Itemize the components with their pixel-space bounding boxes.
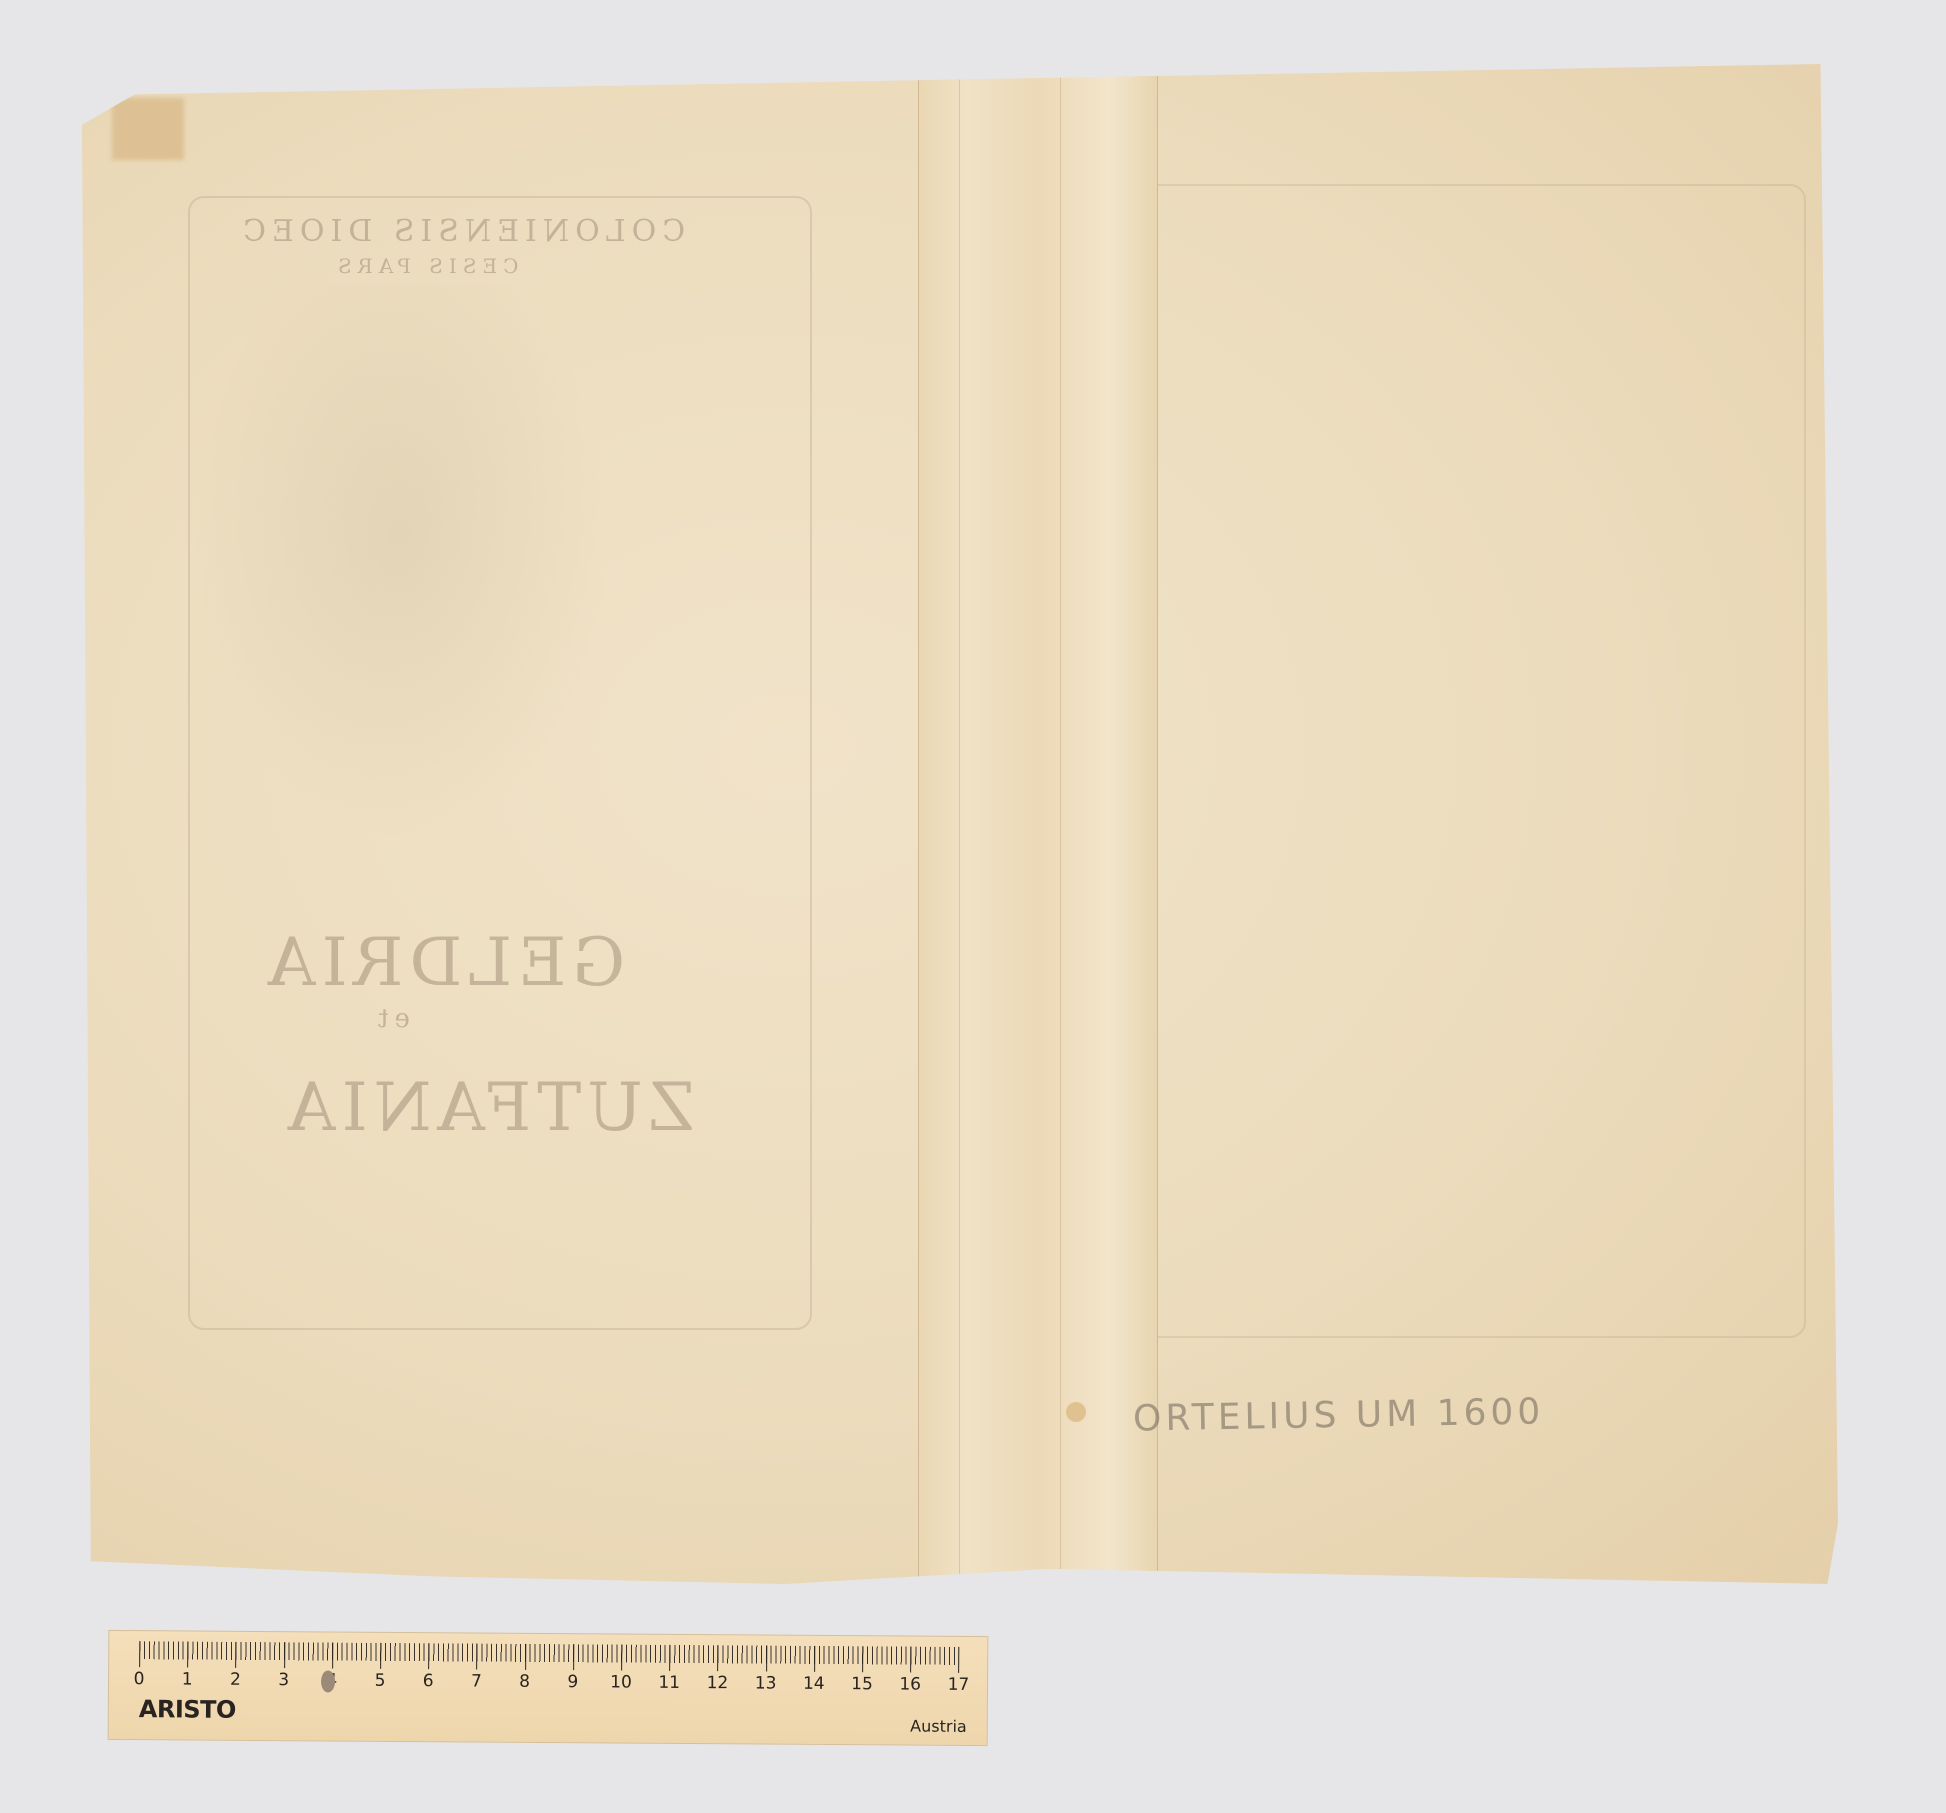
ruler-major-tick: [187, 1641, 188, 1667]
ruler-major-tick: [959, 1647, 960, 1673]
ruler: 01234567891011121314151617 ARISTO Austri…: [108, 1630, 989, 1746]
ruler-label: 1: [182, 1669, 193, 1689]
show-through-map: [192, 284, 612, 844]
ruler-major-tick: [477, 1644, 478, 1670]
ruler-major-tick: [525, 1644, 526, 1670]
ruler-ticks: [139, 1641, 959, 1687]
ruler-label: 5: [375, 1671, 386, 1691]
ruler-major-tick: [236, 1642, 237, 1668]
cartouche-subtitle: ZUTFANIA: [282, 1069, 695, 1146]
ruler-label: 8: [519, 1672, 530, 1692]
ruler-major-tick: [814, 1646, 815, 1672]
plate-mark-right: [1082, 184, 1806, 1338]
ruler-numbers: 01234567891011121314151617: [109, 1631, 987, 1637]
tape-stain: [112, 98, 184, 160]
ruler-label: 10: [610, 1672, 632, 1692]
ruler-major-tick: [862, 1646, 863, 1672]
ruler-major-tick: [380, 1643, 381, 1669]
ruler-label: 14: [803, 1674, 825, 1694]
ruler-major-tick: [284, 1642, 285, 1668]
ruler-major-tick: [428, 1643, 429, 1669]
ruler-label: 13: [755, 1673, 777, 1693]
ruler-brand: ARISTO: [139, 1695, 236, 1724]
ruler-label: 2: [230, 1670, 241, 1690]
ruler-major-tick: [332, 1642, 333, 1668]
pencil-annotation: ORTELIUS UM 1600: [1133, 1391, 1545, 1439]
ruler-major-tick: [669, 1645, 670, 1671]
ruler-origin: Austria: [910, 1717, 967, 1736]
ruler-major-tick: [573, 1644, 574, 1670]
ruler-major-tick: [718, 1645, 719, 1671]
show-through-subtitle: CESIS PARS: [332, 254, 518, 278]
ruler-label: 6: [423, 1671, 434, 1691]
ruler-major-tick: [766, 1646, 767, 1672]
ruler-major-tick: [910, 1647, 911, 1673]
ruler-label: 0: [134, 1669, 145, 1689]
show-through-title: COLONIENSIS DIOEC: [237, 214, 685, 249]
ruler-major-tick: [621, 1645, 622, 1671]
ruler-label: 9: [567, 1672, 578, 1692]
map-sheet: COLONIENSIS DIOEC CESIS PARS GELDRIA et …: [82, 64, 1838, 1584]
cartouche-conjunction: et: [372, 1004, 410, 1034]
cartouche-title: GELDRIA: [262, 924, 625, 1001]
ruler-major-tick: [139, 1641, 140, 1667]
ruler-label: 15: [851, 1674, 873, 1694]
center-guard-strip: [918, 64, 1158, 1584]
ruler-label: 16: [899, 1674, 921, 1694]
ruler-hole: [321, 1670, 335, 1692]
ruler-label: 11: [658, 1673, 680, 1693]
guard-fold: [959, 64, 1061, 1584]
ruler-label: 17: [948, 1675, 970, 1695]
ruler-label: 7: [471, 1671, 482, 1691]
ruler-label: 12: [707, 1673, 729, 1693]
stain-dot: [1066, 1402, 1086, 1422]
ruler-label: 3: [278, 1670, 289, 1690]
